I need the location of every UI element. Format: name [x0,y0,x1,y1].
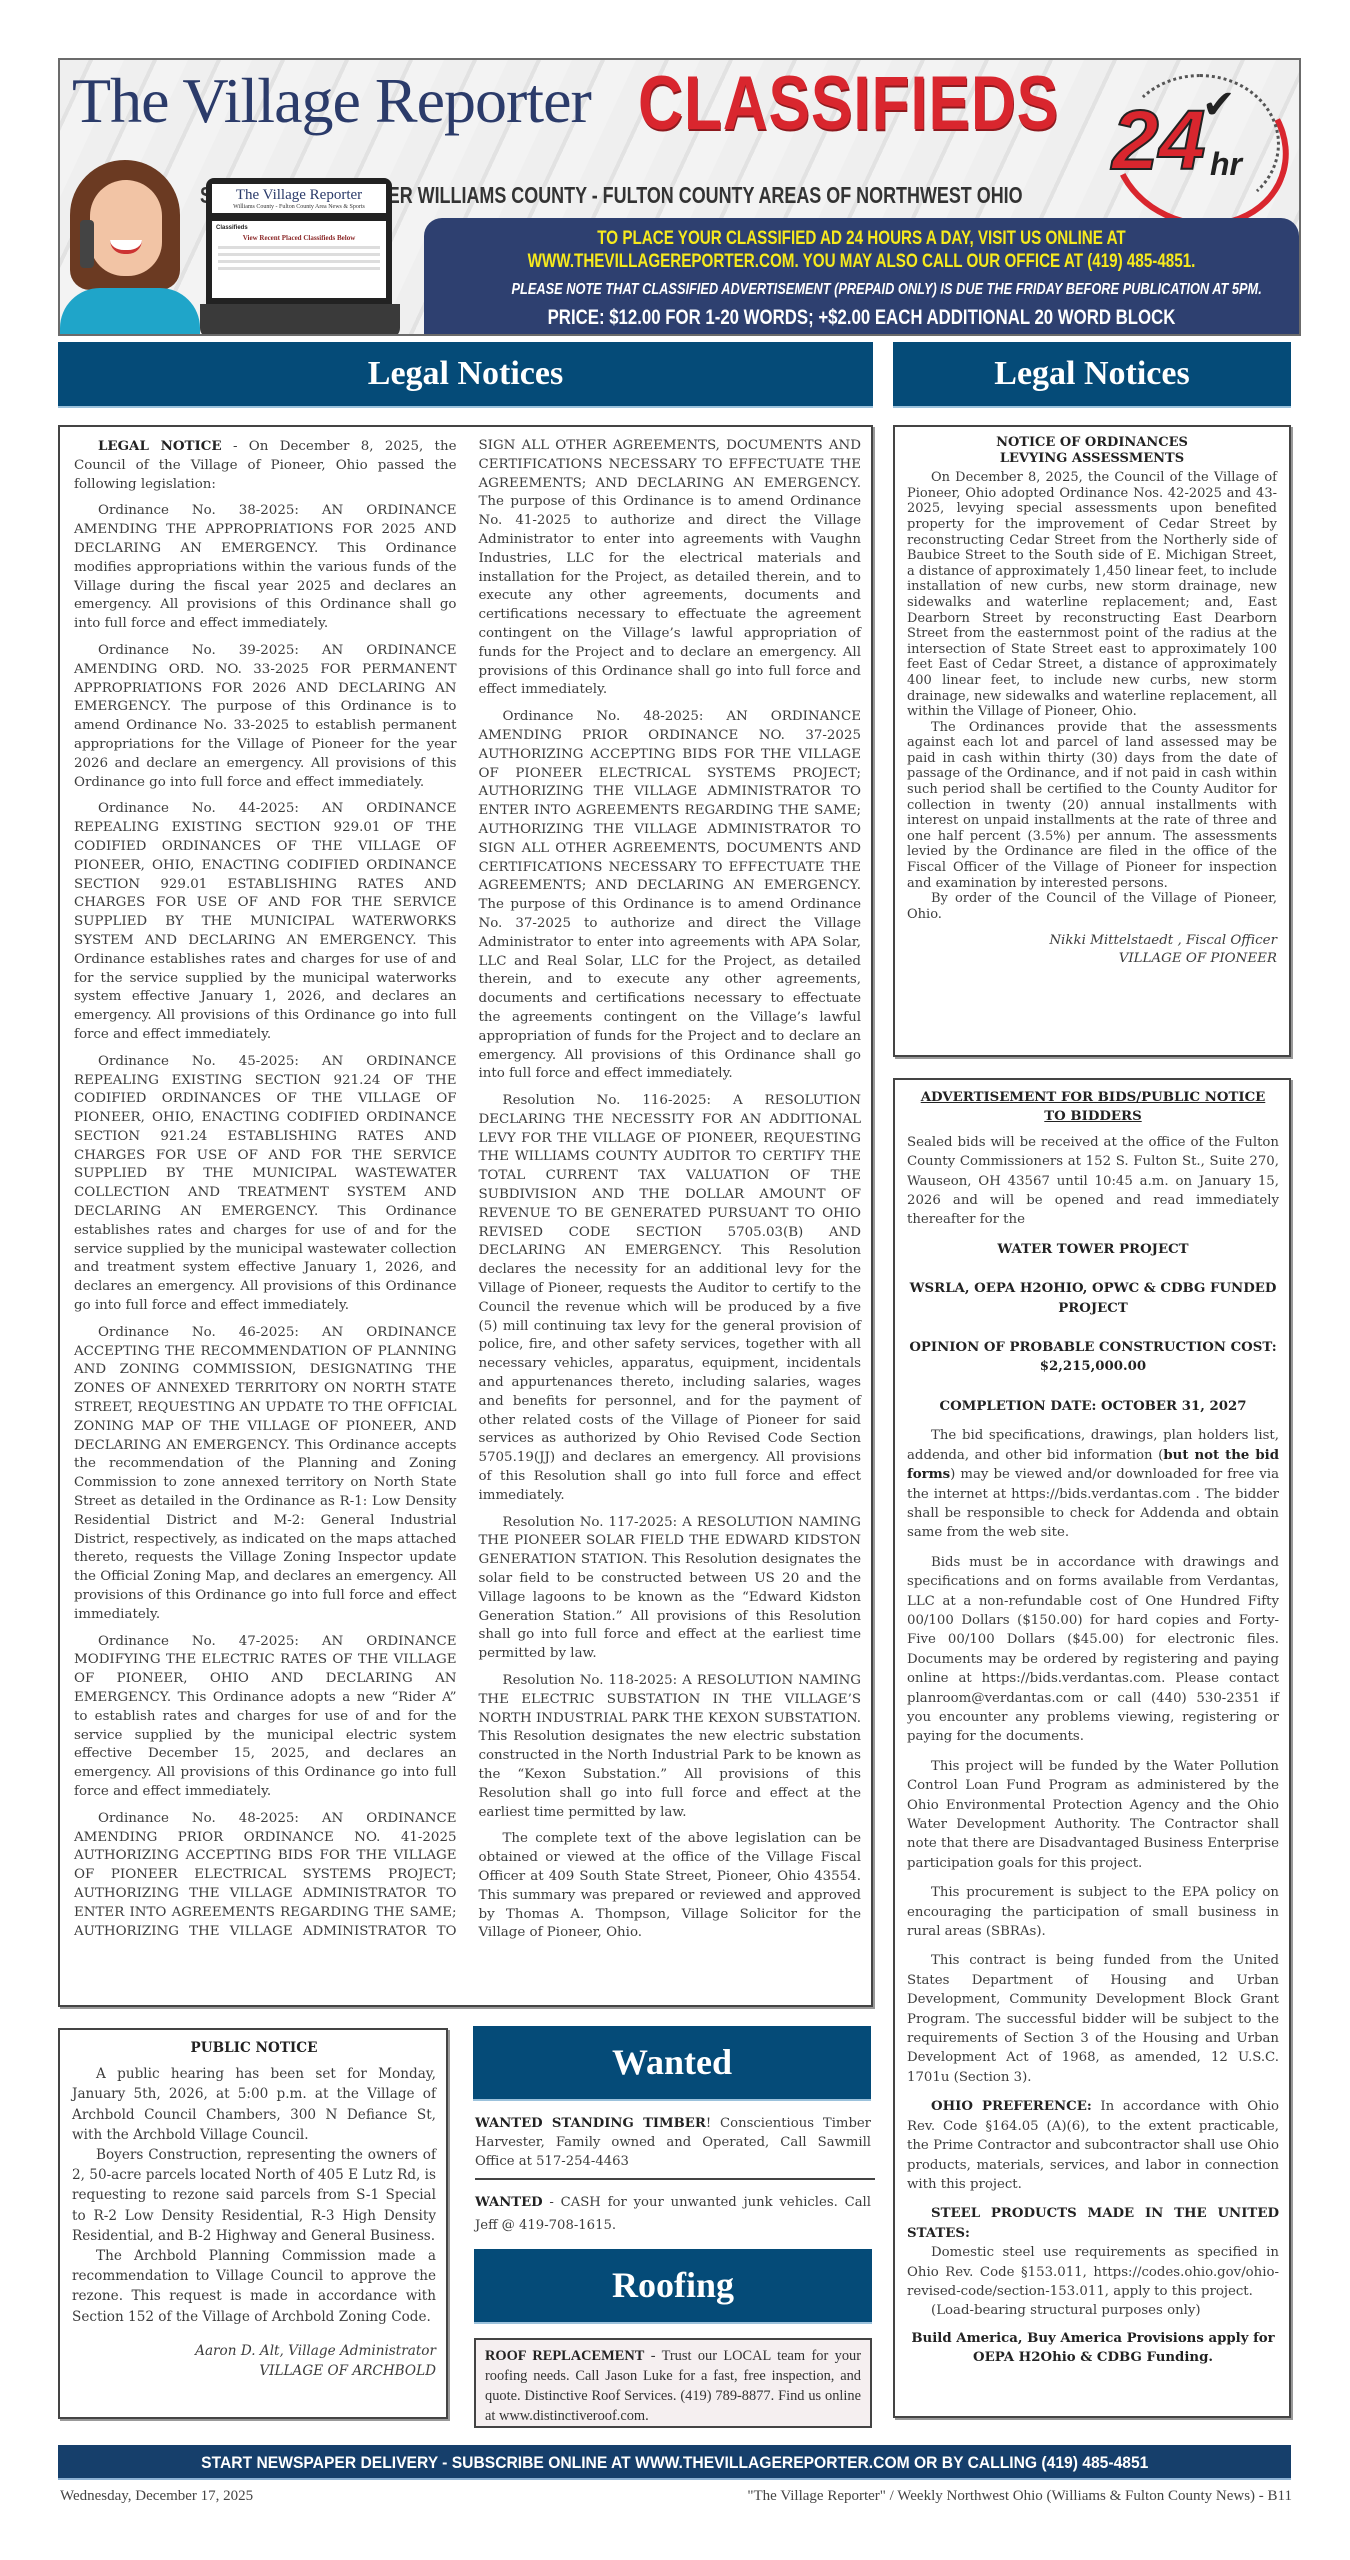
steel-products-note: (Load-bearing structural purposes only) [907,2301,1279,2320]
legislation-item: Ordinance No. 38-2025: AN ORDINANCE AMEN… [74,502,457,634]
section-header-legal-notices-right: Legal Notices [893,342,1291,408]
public-notice-title: PUBLIC NOTICE [72,2038,436,2058]
bids-paragraph: Bids must be in accordance with drawings… [907,1553,1279,1747]
bids-paragraph: This contract is being funded from the U… [907,1951,1279,2087]
laptop-image: The Village Reporter Williams County - F… [200,178,400,336]
classified-ad-roof-replacement: ROOF REPLACEMENT - Trust our LOCAL team … [474,2338,872,2428]
signature-name: Aaron D. Alt, Village Administrator [72,2341,436,2361]
laptop-site-nav [212,213,386,221]
bids-paragraph: This procurement is subject to the EPA p… [907,1883,1279,1941]
laptop-site-cta: View Recent Placed Classifieds Below [212,231,386,242]
bids-notice-subtitle: TO BIDDERS [907,1107,1279,1126]
assessments-paragraph: On December 8, 2025, the Council of the … [907,470,1277,720]
issue-date: Wednesday, December 17, 2025 [60,2488,253,2505]
classified-ad-wanted-junk-vehicles: WANTED - CASH for your unwanted junk veh… [475,2191,871,2237]
bids-paragraph: This project will be funded by the Water… [907,1757,1279,1873]
section-header-roofing: Roofing [474,2249,872,2324]
clock-24hr-icon: ✔ 24 hr [1090,68,1290,228]
signature-name: Nikki Mittelstaedt , Fiscal Officer [907,932,1277,950]
subscribe-banner[interactable]: START NEWSPAPER DELIVERY - SUBSCRIBE ONL… [58,2445,1291,2480]
assessments-notice: NOTICE OF ORDINANCES LEVYING ASSESSMENTS… [893,425,1291,1057]
legislation-item: Ordinance No. 45-2025: AN ORDINANCE REPE… [74,1053,457,1316]
assessments-paragraph: The Ordinances provide that the assessme… [907,720,1277,892]
legislation-item: Ordinance No. 46-2025: AN ORDINANCE ACCE… [74,1324,457,1625]
assessments-notice-subtitle: LEVYING ASSESSMENTS [907,451,1277,467]
public-notice-paragraph: The Archbold Planning Commission made a … [72,2246,436,2327]
classifieds-banner: The Village Reporter CLASSIFIEDS ✔ 24 hr… [58,58,1301,336]
subscribe-text: START NEWSPAPER DELIVERY - SUBSCRIBE ONL… [201,2445,1148,2480]
bids-intro: Sealed bids will be received at the offi… [907,1133,1279,1230]
banner-title: The Village Reporter [72,66,591,136]
legislation-item: Resolution No. 116-2025: A RESOLUTION DE… [479,1092,862,1506]
public-notice-archbold: PUBLIC NOTICE A public hearing has been … [58,2028,448,2419]
signature-org: VILLAGE OF PIONEER [907,950,1277,968]
legislation-item: Ordinance No. 48-2025: AN ORDINANCE AMEN… [479,708,862,1084]
legal-notice-pioneer: LEGAL NOTICE - On December 8, 2025, the … [58,425,873,2007]
legislation-item: Ordinance No. 39-2025: AN ORDINANCE AMEN… [74,642,457,792]
bids-cost-label: OPINION OF PROBABLE CONSTRUCTION COST: [907,1338,1279,1357]
legislation-item: Resolution No. 118-2025: A RESOLUTION NA… [479,1672,862,1822]
legislation-item: Resolution No. 117-2025: A RESOLUTION NA… [479,1514,862,1664]
laptop-site-logo: The Village Reporter [212,184,386,204]
info-line-2[interactable]: WWW.THEVILLAGEREPORTER.COM. YOU MAY ALSO… [512,251,1212,274]
ohio-preference: OHIO PREFERENCE: In accordance with Ohio… [907,2097,1279,2194]
assessments-paragraph: By order of the Council of the Village o… [907,891,1277,922]
legal-notice-lead: LEGAL NOTICE - On December 8, 2025, the … [74,437,457,494]
banner-info-panel: TO PLACE YOUR CLASSIFIED AD 24 HOURS A D… [424,218,1299,336]
classified-ad-wanted-timber: WANTED STANDING TIMBER! Conscientious Ti… [475,2114,871,2171]
info-line-1: TO PLACE YOUR CLASSIFIED AD 24 HOURS A D… [512,228,1212,251]
section-header-wanted: Wanted [473,2026,871,2101]
bids-funding: WSRLA, OEPA H2OHIO, OPWC & CDBG FUNDED P… [907,1279,1279,1318]
bids-notice: ADVERTISEMENT FOR BIDS/PUBLIC NOTICE TO … [893,1078,1291,2418]
section-header-legal-notices: Legal Notices [58,342,873,408]
badge-number: 24 [1112,98,1205,182]
page-info: "The Village Reporter" / Weekly Northwes… [747,2488,1292,2505]
info-line-price: PRICE: $12.00 FOR 1-20 WORDS; +$2.00 EAC… [512,305,1212,330]
bids-completion-date: COMPLETION DATE: OCTOBER 31, 2027 [907,1397,1279,1416]
assessments-notice-title: NOTICE OF ORDINANCES [907,435,1277,451]
phone-icon [80,220,94,268]
steel-products-label: STEEL PRODUCTS MADE IN THE UNITED STATES… [907,2204,1279,2243]
banner-classifieds-heading: CLASSIFIEDS [638,62,1059,146]
laptop-site-subtitle: Williams County - Fulton County Area New… [212,204,386,210]
steel-products-text: Domestic steel use requirements as speci… [907,2243,1279,2301]
bids-notice-title: ADVERTISEMENT FOR BIDS/PUBLIC NOTICE [907,1088,1279,1107]
checkmark-icon: ✔ [1202,82,1236,128]
info-line-3: PLEASE NOTE THAT CLASSIFIED ADVERTISEMEN… [512,280,1212,299]
bids-project-name: WATER TOWER PROJECT [907,1240,1279,1259]
legislation-item: Ordinance No. 47-2025: AN ORDINANCE MODI… [74,1633,457,1802]
ad-divider [475,2178,875,2180]
legislation-summary: The complete text of the above legislati… [479,1830,862,1943]
legislation-item: Ordinance No. 44-2025: AN ORDINANCE REPE… [74,800,457,1044]
public-notice-paragraph: A public hearing has been set for Monday… [72,2064,436,2145]
laptop-site-heading: Classifieds [212,221,386,231]
signature-org: VILLAGE OF ARCHBOLD [72,2361,436,2381]
laptop-keyboard [200,304,400,336]
bids-closing: Build America, Buy America Provisions ap… [907,2329,1279,2368]
public-notice-paragraph: Boyers Construction, representing the ow… [72,2145,436,2246]
legal-notice-label: LEGAL NOTICE [98,438,222,454]
woman-on-phone-image [60,160,200,336]
badge-suffix: hr [1210,146,1242,183]
bids-specs: The bid specifications, drawings, plan h… [907,1426,1279,1542]
bids-cost-value: $2,215,000.00 [907,1357,1279,1376]
